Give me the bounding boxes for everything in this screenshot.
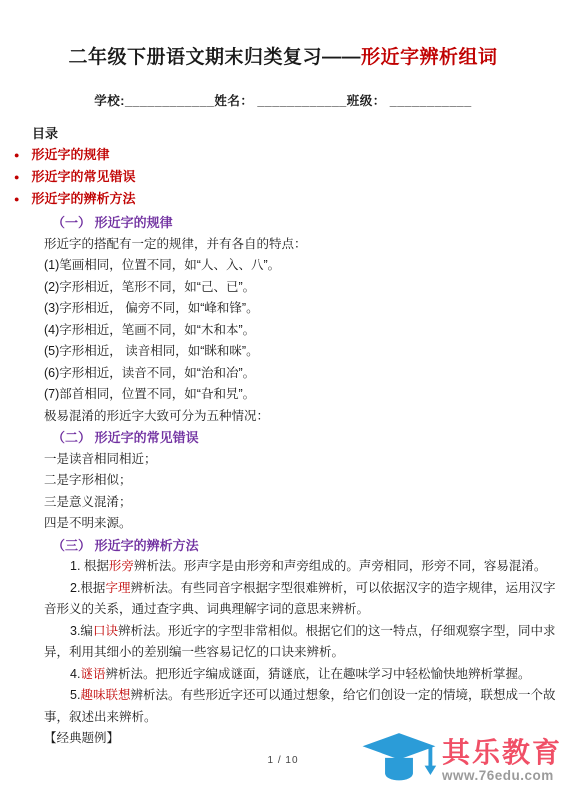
text-segment: （二） 形近字的常见错误: [52, 430, 199, 445]
keyword-highlight: 谜语: [80, 667, 105, 681]
text-segment: 事，叙述出来辨析。: [44, 710, 157, 724]
text-segment: (1)笔画相同，位置不同，如“人、入、八”。: [44, 258, 280, 272]
brand-text: 其乐教育 www.76edu.com: [442, 738, 562, 784]
content-line: (5)字形相近， 读音相同，如“眯和咪”。: [44, 341, 522, 363]
toc-item: ●形近字的规律: [14, 144, 566, 166]
content-line: 四是不明来源。: [44, 513, 522, 535]
brand-logo: 其乐教育 www.76edu.com: [360, 730, 562, 792]
content-line: 4.谜语辨析法。把形近字编成谜面，猜谜底，让在趣味学习中轻松愉快地辨析掌握。: [44, 664, 522, 686]
text-segment: 3.编: [70, 624, 93, 638]
content-line: 音形义的关系，通过查字典、词典理解字词的意思来辨析。: [44, 599, 522, 621]
content-line: 事，叙述出来辨析。: [44, 707, 522, 729]
text-segment: 辨析法。把形近字编成谜面，猜谜底，让在趣味学习中轻松愉快地辨析掌握。: [105, 667, 530, 681]
text-segment: (2)字形相近，笔形不同，如“己、已”。: [44, 280, 255, 294]
title-black-part: 二年级下册语文期末归类复习——: [68, 47, 361, 68]
graduation-cap-icon: [360, 730, 438, 792]
content-line: (7)部首相同，位置不同，如“旮和旯”。: [44, 384, 522, 406]
toc-item-label: 形近字的规律: [31, 147, 109, 162]
text-segment: 辨析法。有些同音字根据字型很难辨析，可以依据汉字的造字规律，运用汉字: [130, 581, 555, 595]
text-segment: (6)字形相近，读音不同，如“治和冶”。: [44, 366, 255, 380]
text-segment: 极易混淆的形近字大致可分为五种情况：: [44, 409, 269, 423]
bullet-icon: ●: [14, 144, 19, 166]
text-segment: 辨析法。形近字的字型非常相似。根据它们的这一特点，仔细观察字型，同中求: [118, 624, 556, 638]
content-line: 三是意义混淆；: [44, 492, 522, 514]
toc-list: ●形近字的规律●形近字的常见错误●形近字的辨析方法: [14, 144, 566, 210]
document-page: 二年级下册语文期末归类复习——形近字辨析组词 学校:____________姓名…: [0, 0, 566, 800]
content-line: 3.编口诀辨析法。形近字的字型非常相似。根据它们的这一特点，仔细观察字型，同中求: [44, 621, 522, 643]
content-line: 异，利用其细小的差别编一些容易记忆的口诀来辨析。: [44, 642, 522, 664]
keyword-highlight: 形旁: [109, 559, 134, 573]
text-segment: 1. 根据: [70, 559, 109, 573]
keyword-highlight: 字理: [105, 581, 130, 595]
content-line: (1)笔画相同，位置不同，如“人、入、八”。: [44, 255, 522, 277]
brand-name: 其乐教育: [442, 738, 562, 768]
text-segment: 辨析法。形声字是由形旁和声旁组成的。声旁相同，形旁不同，容易混淆。: [134, 559, 547, 573]
content-line: (4)字形相近，笔画不同，如“木和本”。: [44, 320, 522, 342]
text-segment: (5)字形相近， 读音相同，如“眯和咪”。: [44, 344, 259, 358]
bullet-icon: ●: [14, 166, 19, 188]
text-segment: 音形义的关系，通过查字典、词典理解字词的意思来辨析。: [44, 602, 369, 616]
keyword-highlight: 口诀: [93, 624, 118, 638]
table-of-contents: 目录 ●形近字的规律●形近字的常见错误●形近字的辨析方法: [0, 123, 566, 210]
text-segment: （三） 形近字的辨析方法: [52, 538, 199, 553]
text-segment: 5.: [70, 688, 80, 702]
text-segment: 2.根据: [70, 581, 105, 595]
text-segment: 4.: [70, 667, 80, 681]
content-line: (3)字形相近， 偏旁不同，如“峰和锋”。: [44, 298, 522, 320]
text-segment: 辨析法。有些形近字还可以通过想象，给它们创设一定的情境，联想成一个故: [130, 688, 555, 702]
keyword-highlight: 趣味联想: [80, 688, 130, 702]
text-segment: 二是字形相似；: [44, 473, 132, 487]
text-segment: 四是不明来源。: [44, 516, 132, 530]
toc-item: ●形近字的常见错误: [14, 166, 566, 188]
toc-item-label: 形近字的常见错误: [31, 169, 135, 184]
section-heading: （一） 形近字的规律: [44, 212, 522, 234]
content-area: （一） 形近字的规律形近字的搭配有一定的规律，并有各自的特点：(1)笔画相同，位…: [0, 212, 566, 750]
bullet-icon: ●: [14, 188, 19, 210]
toc-item: ●形近字的辨析方法: [14, 188, 566, 210]
header-fill-line: 学校:____________姓名： ____________班级： _____…: [0, 91, 566, 109]
text-segment: 异，利用其细小的差别编一些容易记忆的口诀来辨析。: [44, 645, 344, 659]
section-heading: （三） 形近字的辨析方法: [44, 535, 522, 557]
content-line: 二是字形相似；: [44, 470, 522, 492]
content-line: 5.趣味联想辨析法。有些形近字还可以通过想象，给它们创设一定的情境，联想成一个故: [44, 685, 522, 707]
page-title: 二年级下册语文期末归类复习——形近字辨析组词: [0, 42, 566, 69]
content-line: 2.根据字理辨析法。有些同音字根据字型很难辨析，可以依据汉字的造字规律，运用汉字: [44, 578, 522, 600]
text-segment: 【经典题例】: [44, 731, 119, 745]
content-line: (2)字形相近，笔形不同，如“己、已”。: [44, 277, 522, 299]
content-line: 一是读音相同相近；: [44, 449, 522, 471]
content-line: 极易混淆的形近字大致可分为五种情况：: [44, 406, 522, 428]
text-segment: 三是意义混淆；: [44, 495, 132, 509]
title-red-part: 形近字辨析组词: [361, 47, 498, 68]
toc-title: 目录: [14, 123, 566, 144]
content-line: 形近字的搭配有一定的规律，并有各自的特点：: [44, 234, 522, 256]
text-segment: (7)部首相同，位置不同，如“旮和旯”。: [44, 387, 255, 401]
text-segment: （一） 形近字的规律: [52, 215, 173, 230]
text-segment: 形近字的搭配有一定的规律，并有各自的特点：: [44, 237, 307, 251]
text-segment: 一是读音相同相近；: [44, 452, 157, 466]
text-segment: (3)字形相近， 偏旁不同，如“峰和锋”。: [44, 301, 259, 315]
section-heading: （二） 形近字的常见错误: [44, 427, 522, 449]
brand-url: www.76edu.com: [442, 768, 554, 784]
text-segment: (4)字形相近，笔画不同，如“木和本”。: [44, 323, 255, 337]
toc-item-label: 形近字的辨析方法: [31, 191, 135, 206]
content-line: 1. 根据形旁辨析法。形声字是由形旁和声旁组成的。声旁相同，形旁不同，容易混淆。: [44, 556, 522, 578]
content-line: (6)字形相近，读音不同，如“治和冶”。: [44, 363, 522, 385]
